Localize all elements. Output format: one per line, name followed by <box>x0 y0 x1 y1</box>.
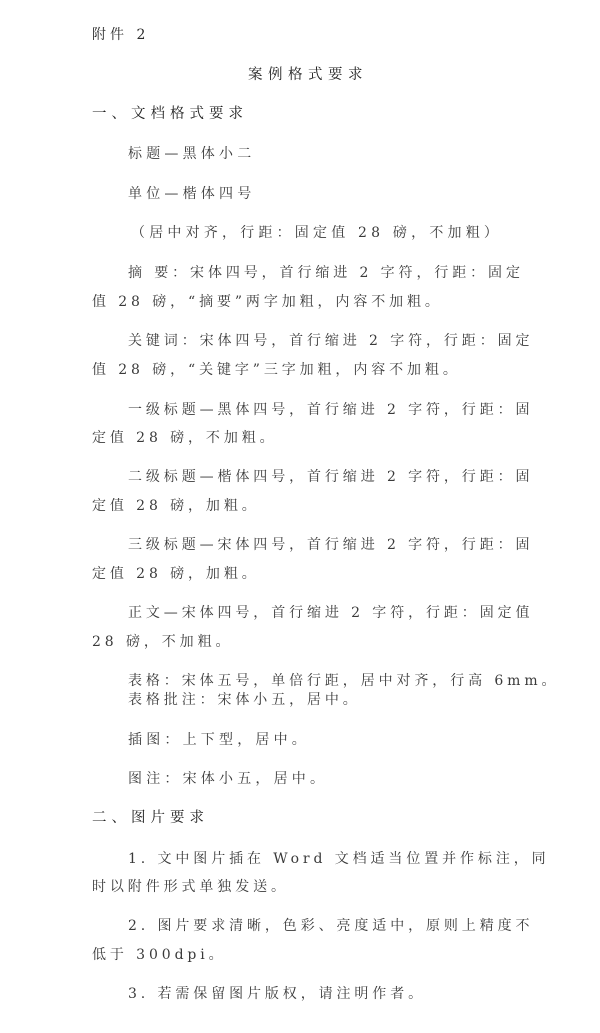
item-image-req3: 3. 若需保留图片版权，请注明作者。 <box>128 985 426 1003</box>
item-heading1-line1: 一级标题—黑体四号，首行缩进 2 字符，行距：固 <box>128 401 533 419</box>
item-keywords-line1: 关键词：宋体四号，首行缩进 2 字符，行距：固定 <box>128 332 533 350</box>
item-figure: 插图：上下型，居中。 <box>128 731 310 749</box>
item-image-req2-line1: 2. 图片要求清晰，色彩、亮度适中，原则上精度不 <box>128 917 533 935</box>
document-page: 附件 2 案例格式要求 一、文档格式要求 标题—黑体小二 单位—楷体四号 （居中… <box>0 0 600 1033</box>
document-title: 案例格式要求 <box>248 66 368 84</box>
item-table-line1: 表格：宋体五号，单倍行距，居中对齐，行高 6mm。 <box>128 672 559 690</box>
item-heading2-line1: 二级标题—楷体四号，首行缩进 2 字符，行距：固 <box>128 468 533 486</box>
item-abstract-line1: 摘 要：宋体四号，首行缩进 2 字符，行距：固定 <box>128 264 524 282</box>
section-heading-images: 二、图片要求 <box>92 809 209 827</box>
annex-label: 附件 2 <box>92 26 149 44</box>
item-image-req1-line1: 1. 文中图片插在 Word 文档适当位置并作标注，同 <box>128 850 550 868</box>
item-body-line2: 28 磅，不加粗。 <box>92 633 233 651</box>
item-image-req2-line2: 低于 300dpi。 <box>92 946 227 964</box>
item-unit-font: 单位—楷体四号 <box>128 185 255 203</box>
item-keywords-line2: 值 28 磅，“关键字”三字加粗，内容不加粗。 <box>92 361 461 379</box>
item-figure-caption: 图注：宋体小五，居中。 <box>128 770 328 788</box>
item-table-line2: 表格批注：宋体小五，居中。 <box>128 691 361 709</box>
item-body-line1: 正文—宋体四号，首行缩进 2 字符，行距：固定值 <box>128 604 533 622</box>
item-heading3-line2: 定值 28 磅，加粗。 <box>92 565 260 583</box>
item-heading1-line2: 定值 28 磅，不加粗。 <box>92 429 278 447</box>
item-abstract-line2: 值 28 磅，“摘要”两字加粗，内容不加粗。 <box>92 293 443 311</box>
item-heading2-line2: 定值 28 磅，加粗。 <box>92 497 260 515</box>
item-image-req1-line2: 时以附件形式单独发送。 <box>92 878 289 896</box>
item-heading3-line1: 三级标题—宋体四号，首行缩进 2 字符，行距：固 <box>128 536 533 554</box>
item-title-font: 标题—黑体小二 <box>128 145 255 163</box>
section-heading-format: 一、文档格式要求 <box>92 105 248 123</box>
item-alignment-note: （居中对齐，行距：固定值 28 磅，不加粗） <box>131 224 502 242</box>
